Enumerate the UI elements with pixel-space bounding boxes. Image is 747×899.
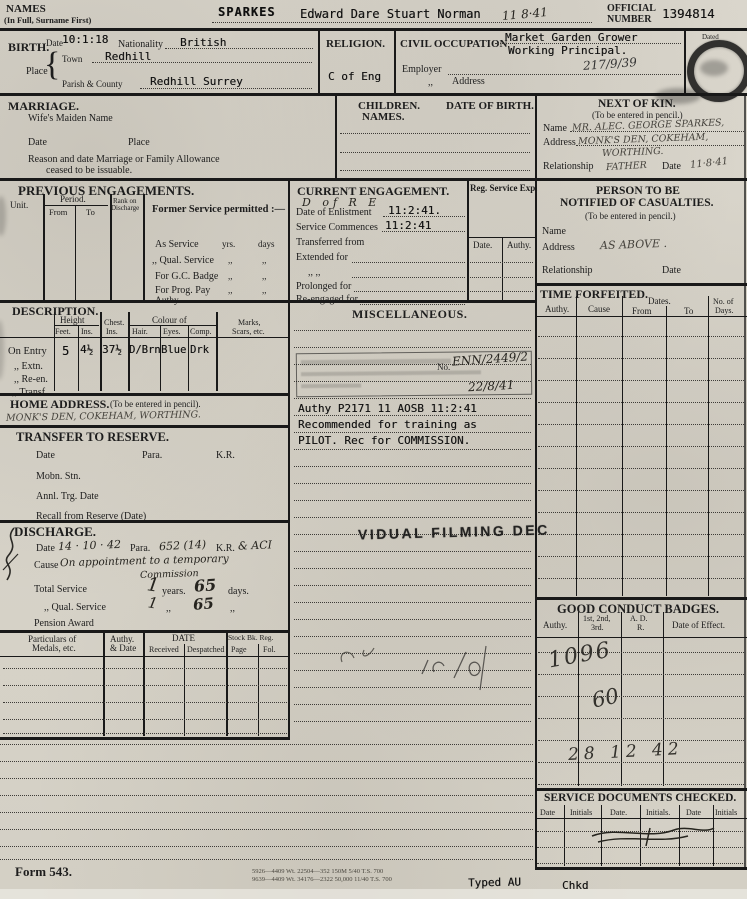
dotted-line xyxy=(294,432,531,433)
former-service-label: Former Service permitted :— xyxy=(152,204,285,215)
form-number: Form 543. xyxy=(15,864,72,880)
scan-edge xyxy=(0,889,747,899)
home-address-pencil-note: (To be entered in pencil). xyxy=(110,399,201,409)
rule xyxy=(0,300,290,303)
dotted-line xyxy=(352,262,465,263)
gc-col-badges-2: 3rd. xyxy=(591,623,604,632)
pn-address-value: AS ABOVE . xyxy=(600,237,667,252)
col-unit: Unit. xyxy=(10,200,28,210)
nationality-label: Nationality xyxy=(118,39,163,50)
person-notified-title-1: PERSON TO BE xyxy=(596,185,680,197)
employer-handwritten: 217/9/39 xyxy=(583,55,638,73)
tf-col-to: To xyxy=(684,306,693,316)
printer-code-line-2: 9639—4409 Wt. 34176—2322 50,000 11/40 T.… xyxy=(252,876,392,883)
tf-col-days-1: No. of xyxy=(713,297,733,306)
typed-by-note: Typed AU xyxy=(468,876,521,890)
rule xyxy=(43,194,45,300)
desc-row-on-entry: On Entry xyxy=(8,346,47,357)
height-feet-value: 5 xyxy=(62,344,69,358)
rule xyxy=(216,312,218,391)
wife-maiden-name-label: Wife's Maiden Name xyxy=(28,113,113,124)
time-forfeited-title: TIME FORFEITED. xyxy=(540,287,648,302)
former-row-unit-a: yrs. xyxy=(222,239,235,249)
sub-col-date: Date. xyxy=(473,240,492,250)
dotted-line xyxy=(212,22,592,23)
dotted-line xyxy=(538,468,744,469)
rule xyxy=(666,306,667,596)
dotted-line xyxy=(340,152,530,153)
rule xyxy=(564,805,565,866)
dotted-line xyxy=(294,449,531,450)
medals-col-fol: Fol. xyxy=(263,645,276,654)
pn-pencil-note: (To be entered in pencil.) xyxy=(585,211,676,221)
dotted-line xyxy=(538,446,744,447)
misc-recommend-line-1: Recommended for training as xyxy=(298,418,477,431)
rule xyxy=(0,393,290,396)
ditto-row-label: ,, ,, xyxy=(308,267,321,278)
gc-handwritten-1: 1096 xyxy=(546,638,613,674)
dotted-line xyxy=(294,636,531,637)
dotted-line xyxy=(3,668,287,669)
rule xyxy=(103,632,105,736)
tr-date-label: Date xyxy=(36,450,55,461)
names-sublabel: (In Full, Surname First) xyxy=(4,15,91,25)
parish-county-value: Redhill Surrey xyxy=(150,75,243,88)
dotted-line xyxy=(538,424,744,425)
chest-value: 37½ xyxy=(102,343,122,356)
tf-col-authy: Authy. xyxy=(545,304,569,314)
desc-col-chest-1: Chest. xyxy=(104,318,124,327)
person-notified-title-2: NOTIFIED OF CASUALTIES. xyxy=(560,197,713,209)
gc-col-adr-1: A. D. xyxy=(630,614,648,623)
dotted-line xyxy=(294,721,531,722)
dis-cause-value-1: On appointment to a temporary xyxy=(60,553,229,569)
dotted-line xyxy=(294,619,531,620)
official-label: OFFICIAL xyxy=(607,3,656,14)
sd-col-date-2: Date. xyxy=(610,808,627,817)
dotted-line xyxy=(3,702,287,703)
ditto-mark: ,, xyxy=(428,77,433,88)
rule xyxy=(54,312,55,391)
rule xyxy=(684,30,686,93)
scan-smudge xyxy=(655,88,701,104)
medals-col-authy-2: & Date xyxy=(110,643,136,653)
scan-smudge xyxy=(700,60,728,76)
tf-col-from: From xyxy=(632,306,652,316)
dotted-line xyxy=(3,719,287,720)
dotted-line xyxy=(382,231,465,232)
dotted-line xyxy=(0,829,533,830)
dis-total-days-value: 65 xyxy=(193,575,217,596)
dis-cause-label: Cause xyxy=(34,560,58,571)
dotted-line xyxy=(294,551,531,552)
dotted-line xyxy=(538,534,744,535)
rule xyxy=(535,283,747,286)
gc-handwritten-2: 60 xyxy=(590,683,621,712)
dotted-line xyxy=(538,578,744,579)
former-row-label: As Service xyxy=(155,239,199,250)
service-documents-title: SERVICE DOCUMENTS CHECKED. xyxy=(544,792,736,804)
tr-annl-label: Annl. Trg. Date xyxy=(36,491,99,502)
marriage-reason-line1: Reason and date Marriage or Family Allow… xyxy=(28,154,220,165)
rule xyxy=(535,637,747,638)
hair-colour-value: D/Brn xyxy=(129,344,161,356)
rule xyxy=(0,425,290,428)
desc-col-colour: Colour of xyxy=(152,315,187,325)
rule xyxy=(467,181,469,300)
rule xyxy=(535,788,747,791)
stamp-date-value: 22/8/41 xyxy=(468,378,515,394)
rule xyxy=(188,326,189,391)
sub-col-authy: Authy. xyxy=(507,240,531,250)
dotted-line xyxy=(470,291,533,292)
desc-col-feet: Feet. xyxy=(55,327,71,336)
dotted-line xyxy=(538,358,744,359)
dotted-line xyxy=(294,415,531,416)
margin-scribble xyxy=(0,526,26,588)
dotted-line xyxy=(294,568,531,569)
dis-para-value: 652 (14) xyxy=(159,538,207,553)
dotted-line xyxy=(165,48,313,49)
official-number-value: 1394814 xyxy=(662,6,715,21)
dotted-line xyxy=(538,696,744,697)
rule xyxy=(0,656,290,657)
dis-pension-award-label: Pension Award xyxy=(34,618,94,629)
desc-col-chest-2: Ins. xyxy=(106,327,118,336)
dotted-line xyxy=(0,778,533,779)
former-row-unit-b: ,, xyxy=(262,255,267,265)
former-row-unit-a: ,, xyxy=(228,271,233,281)
desc-col-marks-2: Scars, etc. xyxy=(232,327,265,336)
col-rank-2: Discharge xyxy=(111,204,139,212)
rule xyxy=(78,326,79,391)
desc-col-eyes: Eyes. xyxy=(163,327,181,336)
faded-stamp-text xyxy=(301,370,481,376)
extended-for-label: Extended for xyxy=(296,252,348,263)
stamp-no-label: No. xyxy=(437,362,450,372)
employer-address-label: Address xyxy=(452,76,485,87)
dotted-line xyxy=(294,347,531,348)
rule xyxy=(143,194,145,300)
rule xyxy=(75,206,76,300)
former-row-unit-a: ,, xyxy=(228,255,233,265)
medals-col-page: Page xyxy=(231,645,247,654)
col-period: Period. xyxy=(60,194,86,204)
dotted-line xyxy=(538,674,744,675)
rule xyxy=(0,93,747,96)
surname-value: SPARKES xyxy=(218,5,276,19)
nok-relationship-label: Relationship xyxy=(543,161,594,172)
header-handwritten-date: 11 8·41 xyxy=(501,5,548,23)
pn-relationship-label: Relationship xyxy=(542,265,593,276)
sd-col-initials-1: Initials xyxy=(570,808,592,817)
rule xyxy=(110,194,112,300)
rule xyxy=(535,316,747,317)
pn-address-label: Address xyxy=(542,242,575,253)
dis-date-label: Date xyxy=(36,543,55,554)
dis-qual-years-value: 1 xyxy=(147,593,160,612)
home-address-value: MONK'S DEN, COKEHAM, WORTHING. xyxy=(6,409,201,423)
marriage-date-label: Date xyxy=(28,137,47,148)
gc-col-date-of-effect: Date of Effect. xyxy=(672,620,725,630)
dotted-line xyxy=(294,500,531,501)
rule xyxy=(0,337,290,338)
occupation-value-2: Working Principal. xyxy=(508,44,627,57)
tf-col-cause: Cause xyxy=(588,304,610,314)
rule xyxy=(128,325,216,326)
desc-col-height: Height xyxy=(60,315,85,325)
checked-scribble xyxy=(588,818,718,850)
rule xyxy=(335,95,337,178)
discharge-title: DISCHARGE. xyxy=(14,524,96,540)
pn-name-label: Name xyxy=(542,226,566,237)
former-row-label: ,, Qual. Service xyxy=(152,255,214,266)
dotted-line xyxy=(0,859,533,860)
dotted-line xyxy=(0,744,533,745)
former-row-unit-a: ,, xyxy=(228,285,233,295)
names-label: NAMES xyxy=(6,3,46,15)
rule xyxy=(0,520,290,523)
dotted-line xyxy=(360,304,465,305)
dotted-line xyxy=(538,380,744,381)
dotted-line xyxy=(383,216,465,217)
religion-value: C of Eng xyxy=(328,70,381,83)
sd-col-initials-2: Initials. xyxy=(646,808,670,817)
desc-col-comp: Comp. xyxy=(190,327,212,336)
dotted-line xyxy=(538,556,744,557)
dotted-line xyxy=(0,761,533,762)
dotted-line xyxy=(537,863,745,864)
desc-col-marks-1: Marks, xyxy=(238,318,260,327)
rule xyxy=(184,644,185,736)
rule xyxy=(394,30,396,93)
dotted-line xyxy=(294,330,531,331)
birth-date-value: 10:1:18 xyxy=(62,33,108,46)
reg-service-exp-label: Reg. Service Exp. xyxy=(470,183,538,193)
dotted-line xyxy=(3,685,287,686)
desc-row-extn: ,, Extn. xyxy=(14,361,43,372)
rule xyxy=(0,737,290,740)
rule xyxy=(288,300,535,303)
tf-col-days-2: Days. xyxy=(715,306,733,315)
rule xyxy=(535,867,747,870)
filming-stamp: VIDUAL FILMING DEC xyxy=(358,521,550,542)
rule xyxy=(0,178,747,181)
tf-col-dates: Dates. xyxy=(648,296,671,306)
employer-label: Employer xyxy=(402,64,441,75)
dotted-line xyxy=(294,517,531,518)
marriage-section-label: MARRIAGE. xyxy=(8,99,79,114)
marriage-place-label: Place xyxy=(128,137,150,148)
dis-kr-value: & ACI xyxy=(238,538,272,552)
dis-years-label: years. xyxy=(162,586,186,597)
desc-col-ins: Ins. xyxy=(81,327,93,336)
dotted-line xyxy=(448,74,681,75)
pn-date-label: Date xyxy=(662,265,681,276)
former-row-label: For Prog. Pay xyxy=(155,285,210,296)
rule xyxy=(160,326,161,391)
scan-smudge xyxy=(0,196,6,236)
height-ins-value: 4½ xyxy=(80,343,93,356)
gc-col-adr-2: R. xyxy=(637,623,644,632)
sd-col-initials-3: Initials xyxy=(715,808,737,817)
dotted-line xyxy=(340,133,530,134)
number-label: NUMBER xyxy=(607,14,651,25)
nok-date-value: 11·8·41 xyxy=(690,156,729,171)
nok-date-label: Date xyxy=(662,161,681,172)
town-label: Town xyxy=(62,54,82,64)
medals-col-particulars-2: Medals, etc. xyxy=(32,643,76,653)
dis-total-service-label: Total Service xyxy=(34,584,87,595)
dis-para-label: Para. xyxy=(130,543,150,554)
eye-colour-value: Blue xyxy=(161,344,186,356)
rule xyxy=(226,632,228,736)
dotted-line xyxy=(0,812,533,813)
dotted-line xyxy=(3,733,287,734)
col-from: From xyxy=(49,207,67,217)
dotted-line xyxy=(538,336,744,337)
dotted-line xyxy=(294,585,531,586)
rule xyxy=(318,30,320,93)
marriage-reason-line2: ceased to be issuable. xyxy=(46,165,132,176)
faded-stamp-text xyxy=(301,384,361,389)
dis-date-value: 14 · 10 · 42 xyxy=(58,538,121,553)
dotted-line xyxy=(470,262,533,263)
former-row-unit-b: ,, xyxy=(262,285,267,295)
transferred-from-label: Transferred from xyxy=(296,237,364,248)
nok-name-label: Name xyxy=(543,123,567,134)
dotted-line xyxy=(294,483,531,484)
dotted-line xyxy=(538,490,744,491)
civil-occupation-label: CIVIL OCCUPATION xyxy=(400,38,507,50)
rule xyxy=(54,325,99,326)
dotted-line xyxy=(538,512,744,513)
dis-qual-days-value: 65 xyxy=(192,594,214,614)
nok-address-label: Address xyxy=(543,137,576,148)
medals-col-received: Received xyxy=(149,645,179,654)
complexion-value: Drk xyxy=(190,344,209,356)
gc-col-authy: Authy. xyxy=(543,620,567,630)
nok-address-value-2: WORTHING. xyxy=(602,146,664,159)
rule xyxy=(45,205,108,206)
former-row-unit-b: days xyxy=(258,239,275,249)
dotted-line xyxy=(140,88,312,89)
dotted-line xyxy=(294,602,531,603)
place-brace: { xyxy=(44,46,60,84)
prolonged-for-label: Prolonged for xyxy=(296,281,351,292)
dotted-line xyxy=(92,62,312,63)
medals-col-stock: Stock Bk. Reg. xyxy=(228,633,273,642)
scan-smudge xyxy=(0,320,4,380)
nok-relationship-value: FATHER xyxy=(606,160,647,173)
rule xyxy=(143,632,145,736)
dotted-line xyxy=(354,291,465,292)
rule xyxy=(744,95,746,868)
enlistment-date-label: Date of Enlistment xyxy=(296,207,372,218)
dotted-line xyxy=(352,277,465,278)
col-to: To xyxy=(86,207,95,217)
ditto-mark: ,, xyxy=(230,603,235,614)
desc-row-re-en: ,, Re-en. xyxy=(14,374,48,385)
medals-col-despatched: Despatched xyxy=(187,645,224,654)
sd-col-date-1: Date xyxy=(540,808,555,817)
service-commences-label: Service Commences xyxy=(296,222,378,233)
dotted-line xyxy=(0,795,533,796)
miscellaneous-title: MISCELLANEOUS. xyxy=(352,307,467,322)
misc-recommend-line-2: PILOT. Rec for COMMISSION. xyxy=(298,434,470,447)
tr-kr-label: K.R. xyxy=(216,450,235,461)
former-row-label: For G.C. Badge xyxy=(155,271,218,282)
children-names-label-2: NAMES. xyxy=(362,111,404,123)
ditto-mark: ,, xyxy=(166,603,171,614)
faded-stamp-text xyxy=(301,359,451,366)
transfer-reserve-title: TRANSFER TO RESERVE. xyxy=(16,430,169,445)
tr-para-label: Para. xyxy=(142,450,162,461)
dotted-line xyxy=(538,402,744,403)
rule xyxy=(535,95,537,178)
religion-section-label: RELIGION. xyxy=(326,38,385,50)
medals-col-date: DATE xyxy=(172,633,195,643)
dotted-line xyxy=(0,846,533,847)
dotted-line xyxy=(470,277,533,278)
dotted-line xyxy=(340,170,530,171)
date-of-birth-label: DATE OF BIRTH. xyxy=(446,100,534,112)
rule xyxy=(535,597,747,600)
dotted-line xyxy=(538,718,744,719)
rule xyxy=(258,644,259,736)
printer-code-line-1: 5926—4409 Wt. 22504—352 150M 5/40 T.S. 7… xyxy=(252,868,383,875)
home-address-title: HOME ADDRESS. xyxy=(10,397,109,412)
tr-mobn-label: Mobn. Stn. xyxy=(36,471,81,482)
forenames-value: Edward Dare Stuart Norman xyxy=(300,7,481,21)
former-row-unit-b: ,, xyxy=(262,271,267,281)
parish-county-label: Parish & County xyxy=(62,79,123,89)
dis-qual-service-label: ,, Qual. Service xyxy=(44,602,106,613)
misc-authy-line: Authy P2171 11 AOSB 11:2:41 xyxy=(298,402,477,415)
dotted-line xyxy=(570,131,744,132)
dotted-line xyxy=(538,784,744,785)
dotted-line xyxy=(294,466,531,467)
rule xyxy=(288,181,290,737)
description-title: DESCRIPTION. xyxy=(12,304,98,319)
rule xyxy=(467,237,535,238)
sd-col-date-3: Date xyxy=(686,808,701,817)
dis-days-label: days. xyxy=(228,586,249,597)
desc-col-hair: Hair. xyxy=(132,327,148,336)
gc-col-badges-1: 1st, 2nd, xyxy=(583,614,610,623)
service-record-form: NAMES (In Full, Surname First) SPARKES E… xyxy=(0,0,747,899)
dotted-line xyxy=(294,398,531,399)
pencil-scrawl xyxy=(330,638,520,708)
